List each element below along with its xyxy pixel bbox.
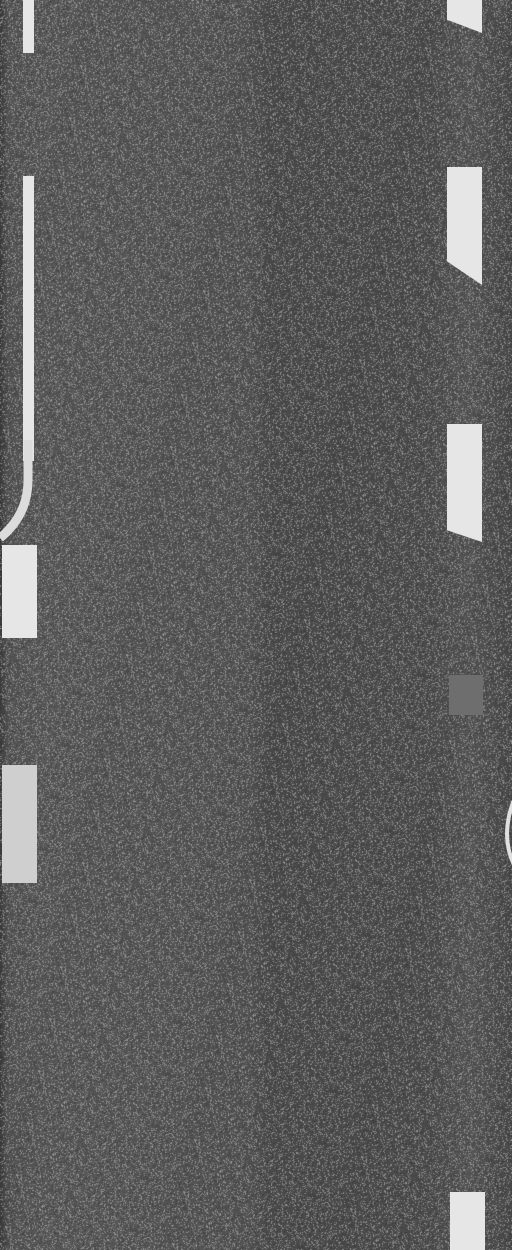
road-aerial-image: Top-down grayscale aerial view of an asp…: [0, 0, 512, 1250]
right-edge-arc: [498, 800, 512, 870]
left-wide-dash-2: [2, 765, 37, 883]
asphalt-texture: [0, 0, 512, 1250]
right-faded-dash: [449, 675, 483, 715]
left-line-curve: [0, 440, 60, 550]
left-continuous-line: [23, 176, 34, 461]
left-wide-dash-1: [2, 545, 37, 638]
right-dash-3: [447, 424, 482, 542]
left-edge-dash-top: [23, 0, 34, 53]
right-dash-4: [450, 1192, 485, 1250]
